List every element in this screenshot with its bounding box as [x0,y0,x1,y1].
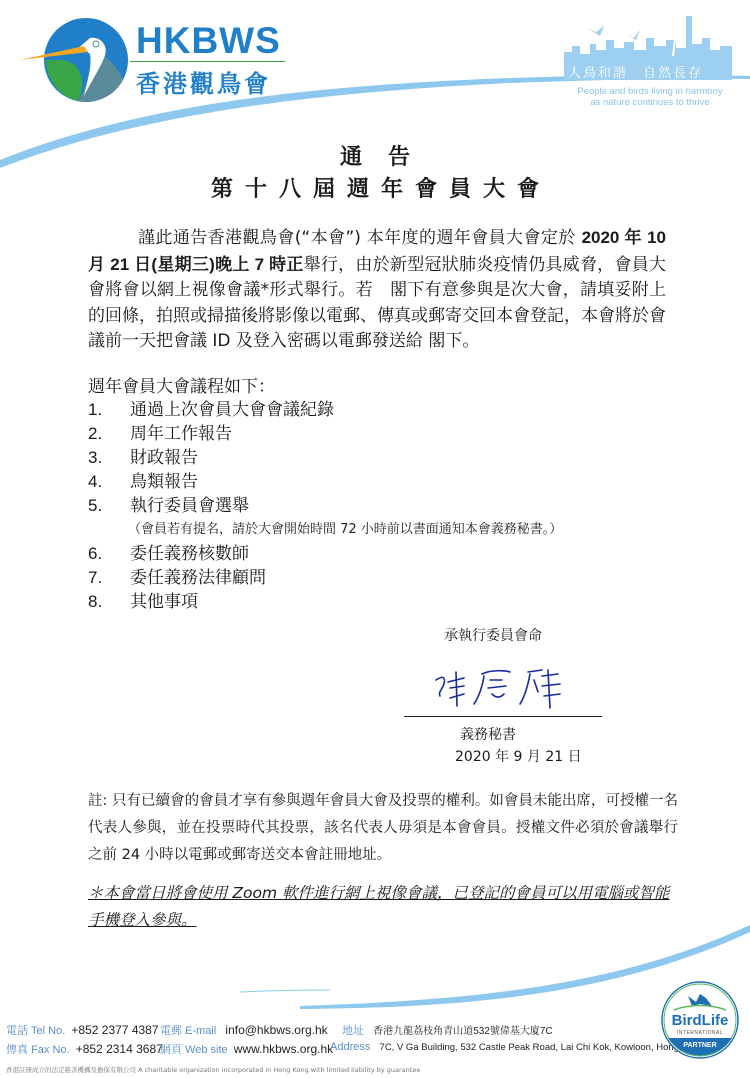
web-label: 網頁 Web site [160,1044,228,1056]
tel-value: +852 2377 4387 [71,1023,158,1037]
birdlife-badge: PARTNER [683,1042,716,1049]
website-link[interactable]: www.hkbws.org.hk [234,1042,333,1056]
agenda-heading: 週年會員大會議程如下： [88,372,275,397]
agenda-num: 5. [88,494,130,518]
tel-label: 電話 Tel No. [6,1025,65,1037]
address-zh: 香港九龍荔枝角青山道532號偉基大廈7C [373,1026,552,1037]
footer-email: 電郵 E-mail info@hkbws.org.hk [160,1022,328,1038]
notice-title: 通告 [0,140,750,171]
footer-fax: 傳真 Fax No. +852 2314 3687 [6,1041,163,1057]
agenda-num: 7. [88,566,130,590]
intro-text-1: 謹此通告香港觀鳥會(“本會”) 本年度的週年會員大會定於 [138,228,582,248]
birdlife-name: BirdLife [672,1012,729,1029]
agenda-num: 4. [88,470,130,494]
email-label: 電郵 E-mail [160,1025,216,1037]
slogan-en-line2: as nature continues to thrive [560,97,740,108]
birdlife-partner-logo: BirdLife INTERNATIONAL PARTNER [660,980,740,1060]
slogan-en-line1: People and birds living in harmony [560,86,740,97]
address-en: 7C, V Ga Building, 532 Castle Peak Road,… [380,1042,704,1053]
signature-command: 承執行委員會命 [444,625,542,645]
agenda-text: 鳥類報告 [130,470,198,494]
footer-tel: 電話 Tel No. +852 2377 4387 [6,1022,159,1038]
handwritten-signature-icon [430,658,580,713]
slogan-zh: 人鳥和諧 自然長存 [568,62,703,81]
agenda-text: 委任義務核數師 [130,542,249,566]
agenda-num: 3. [88,446,130,470]
footer-address-zh: 地址 香港九龍荔枝角青山道532號偉基大廈7C [342,1022,553,1038]
agenda-list: 1.通過上次會員大會會議紀錄 2.周年工作報告 3.財政報告 4.鳥類報告 5.… [88,398,688,614]
agenda-text: 委任義務法律顧問 [130,566,266,590]
agenda-num: 6. [88,542,130,566]
agenda-num: 2. [88,422,130,446]
address-en-label: Address [330,1041,370,1053]
signature-line [404,716,602,717]
logo-text-zh: 香港觀鳥會 [136,64,271,99]
agenda-num: 1. [88,398,130,422]
agenda-item-note: （會員若有提名，請於大會開始時間 72 小時前以書面通知本會義務秘書。） [88,518,688,542]
footer-legal: 香港註冊成立的法定慈善機構及擔保有限公司 A charitable organi… [6,1065,420,1074]
birdlife-sub: INTERNATIONAL [677,1030,723,1036]
agenda-item: 5.執行委員會選舉 [88,494,688,518]
fax-value: +852 2314 3687 [76,1042,163,1056]
slogan-banner: 人鳥和諧 自然長存 People and birds living in har… [560,10,740,110]
birdlife-logo-icon: BirdLife INTERNATIONAL PARTNER [660,980,740,1060]
email-link[interactable]: info@hkbws.org.hk [225,1023,327,1037]
logo-divider [130,61,285,62]
logo-text-en: HKBWS [136,20,281,62]
footer-web: 網頁 Web site www.hkbws.org.hk [160,1041,333,1057]
agenda-item: 6.委任義務核數師 [88,542,688,566]
hkbws-logo: HKBWS 香港觀鳥會 [18,8,288,108]
slogan-en: People and birds living in harmony as na… [560,86,740,108]
agenda-item: 4.鳥類報告 [88,470,688,494]
agenda-item: 8.其他事項 [88,590,688,614]
address-zh-label: 地址 [342,1025,364,1037]
zoom-note: ＊本會當日將會使用 Zoom 軟件進行網上視像會議，已登記的會員可以用電腦或智能… [88,880,678,934]
agenda-item: 7.委任義務法律顧問 [88,566,688,590]
meeting-title: 第十八屆週年會員大會 [0,172,750,203]
membership-note: 註: 只有已續會的會員才享有參與週年會員大會及投票的權利。如會員未能出席，可授權… [88,788,678,869]
agenda-text: 周年工作報告 [130,422,232,446]
footer-address-en: Address 7C, V Ga Building, 532 Castle Pe… [330,1041,704,1053]
signatory-title: 義務秘書 [460,724,516,744]
agenda-text: 財政報告 [130,446,198,470]
fax-label: 傳真 Fax No. [6,1044,70,1056]
agenda-num: 8. [88,590,130,614]
agenda-text: 執行委員會選舉 [130,494,249,518]
signature-date: 2020 年 9 月 21 日 [455,746,582,766]
agenda-item: 3.財政報告 [88,446,688,470]
agenda-item: 2.周年工作報告 [88,422,688,446]
agenda-text: 其他事項 [130,590,198,614]
intro-paragraph: 謹此通告香港觀鳥會(“本會”) 本年度的週年會員大會定於 2020 年 10 月… [88,225,666,355]
egret-logo-icon [18,8,136,108]
agenda-text: 通過上次會員大會會議紀錄 [130,398,334,422]
agenda-item: 1.通過上次會員大會會議紀錄 [88,398,688,422]
